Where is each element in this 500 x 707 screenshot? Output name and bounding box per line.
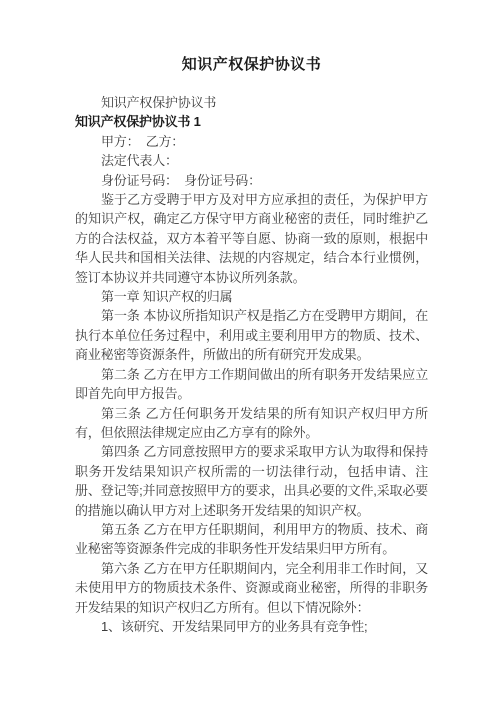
paragraph: 第六条 乙方在甲方任职期间内，完全利用非工作时间，又未使用甲方的物质技术条件、资…	[75, 559, 428, 617]
paragraph: 法定代表人：	[75, 151, 428, 170]
paragraph: 鉴于乙方受聘于甲方及对甲方应承担的责任，为保护甲方的知识产权，确定乙方保守甲方商…	[75, 190, 428, 287]
paragraph: 第三条 乙方任何职务开发结果的所有知识产权归甲方所有，但依照法律规定应由乙方享有…	[75, 404, 428, 443]
page-title: 知识产权保护协议书	[75, 55, 428, 75]
paragraph-list: 知识产权保护协议书知识产权保护协议书 1甲方： 乙方：法定代表人：身份证号码： …	[75, 93, 428, 636]
paragraph: 第一条 本协议所指知识产权是指乙方在受聘甲方期间，在执行本单位任务过程中，利用或…	[75, 306, 428, 364]
paragraph: 1、该研究、开发结果同甲方的业务具有竞争性;	[75, 617, 428, 636]
paragraph: 第一章 知识产权的归属	[75, 287, 428, 306]
paragraph: 甲方： 乙方：	[75, 132, 428, 151]
paragraph: 第四条 乙方同意按照甲方的要求采取甲方认为取得和保持职务开发结果知识产权所需的一…	[75, 442, 428, 520]
paragraph: 知识产权保护协议书 1	[75, 112, 428, 131]
paragraph: 身份证号码： 身份证号码：	[75, 171, 428, 190]
document-page: 知识产权保护协议书 知识产权保护协议书知识产权保护协议书 1甲方： 乙方：法定代…	[0, 0, 500, 707]
paragraph: 知识产权保护协议书	[75, 93, 428, 112]
paragraph: 第二条 乙方在甲方工作期间做出的所有职务开发结果应立即首先向甲方报告。	[75, 365, 428, 404]
paragraph: 第五条 乙方在甲方任职期间，利用甲方的物质、技术、商业秘密等资源条件完成的非职务…	[75, 520, 428, 559]
